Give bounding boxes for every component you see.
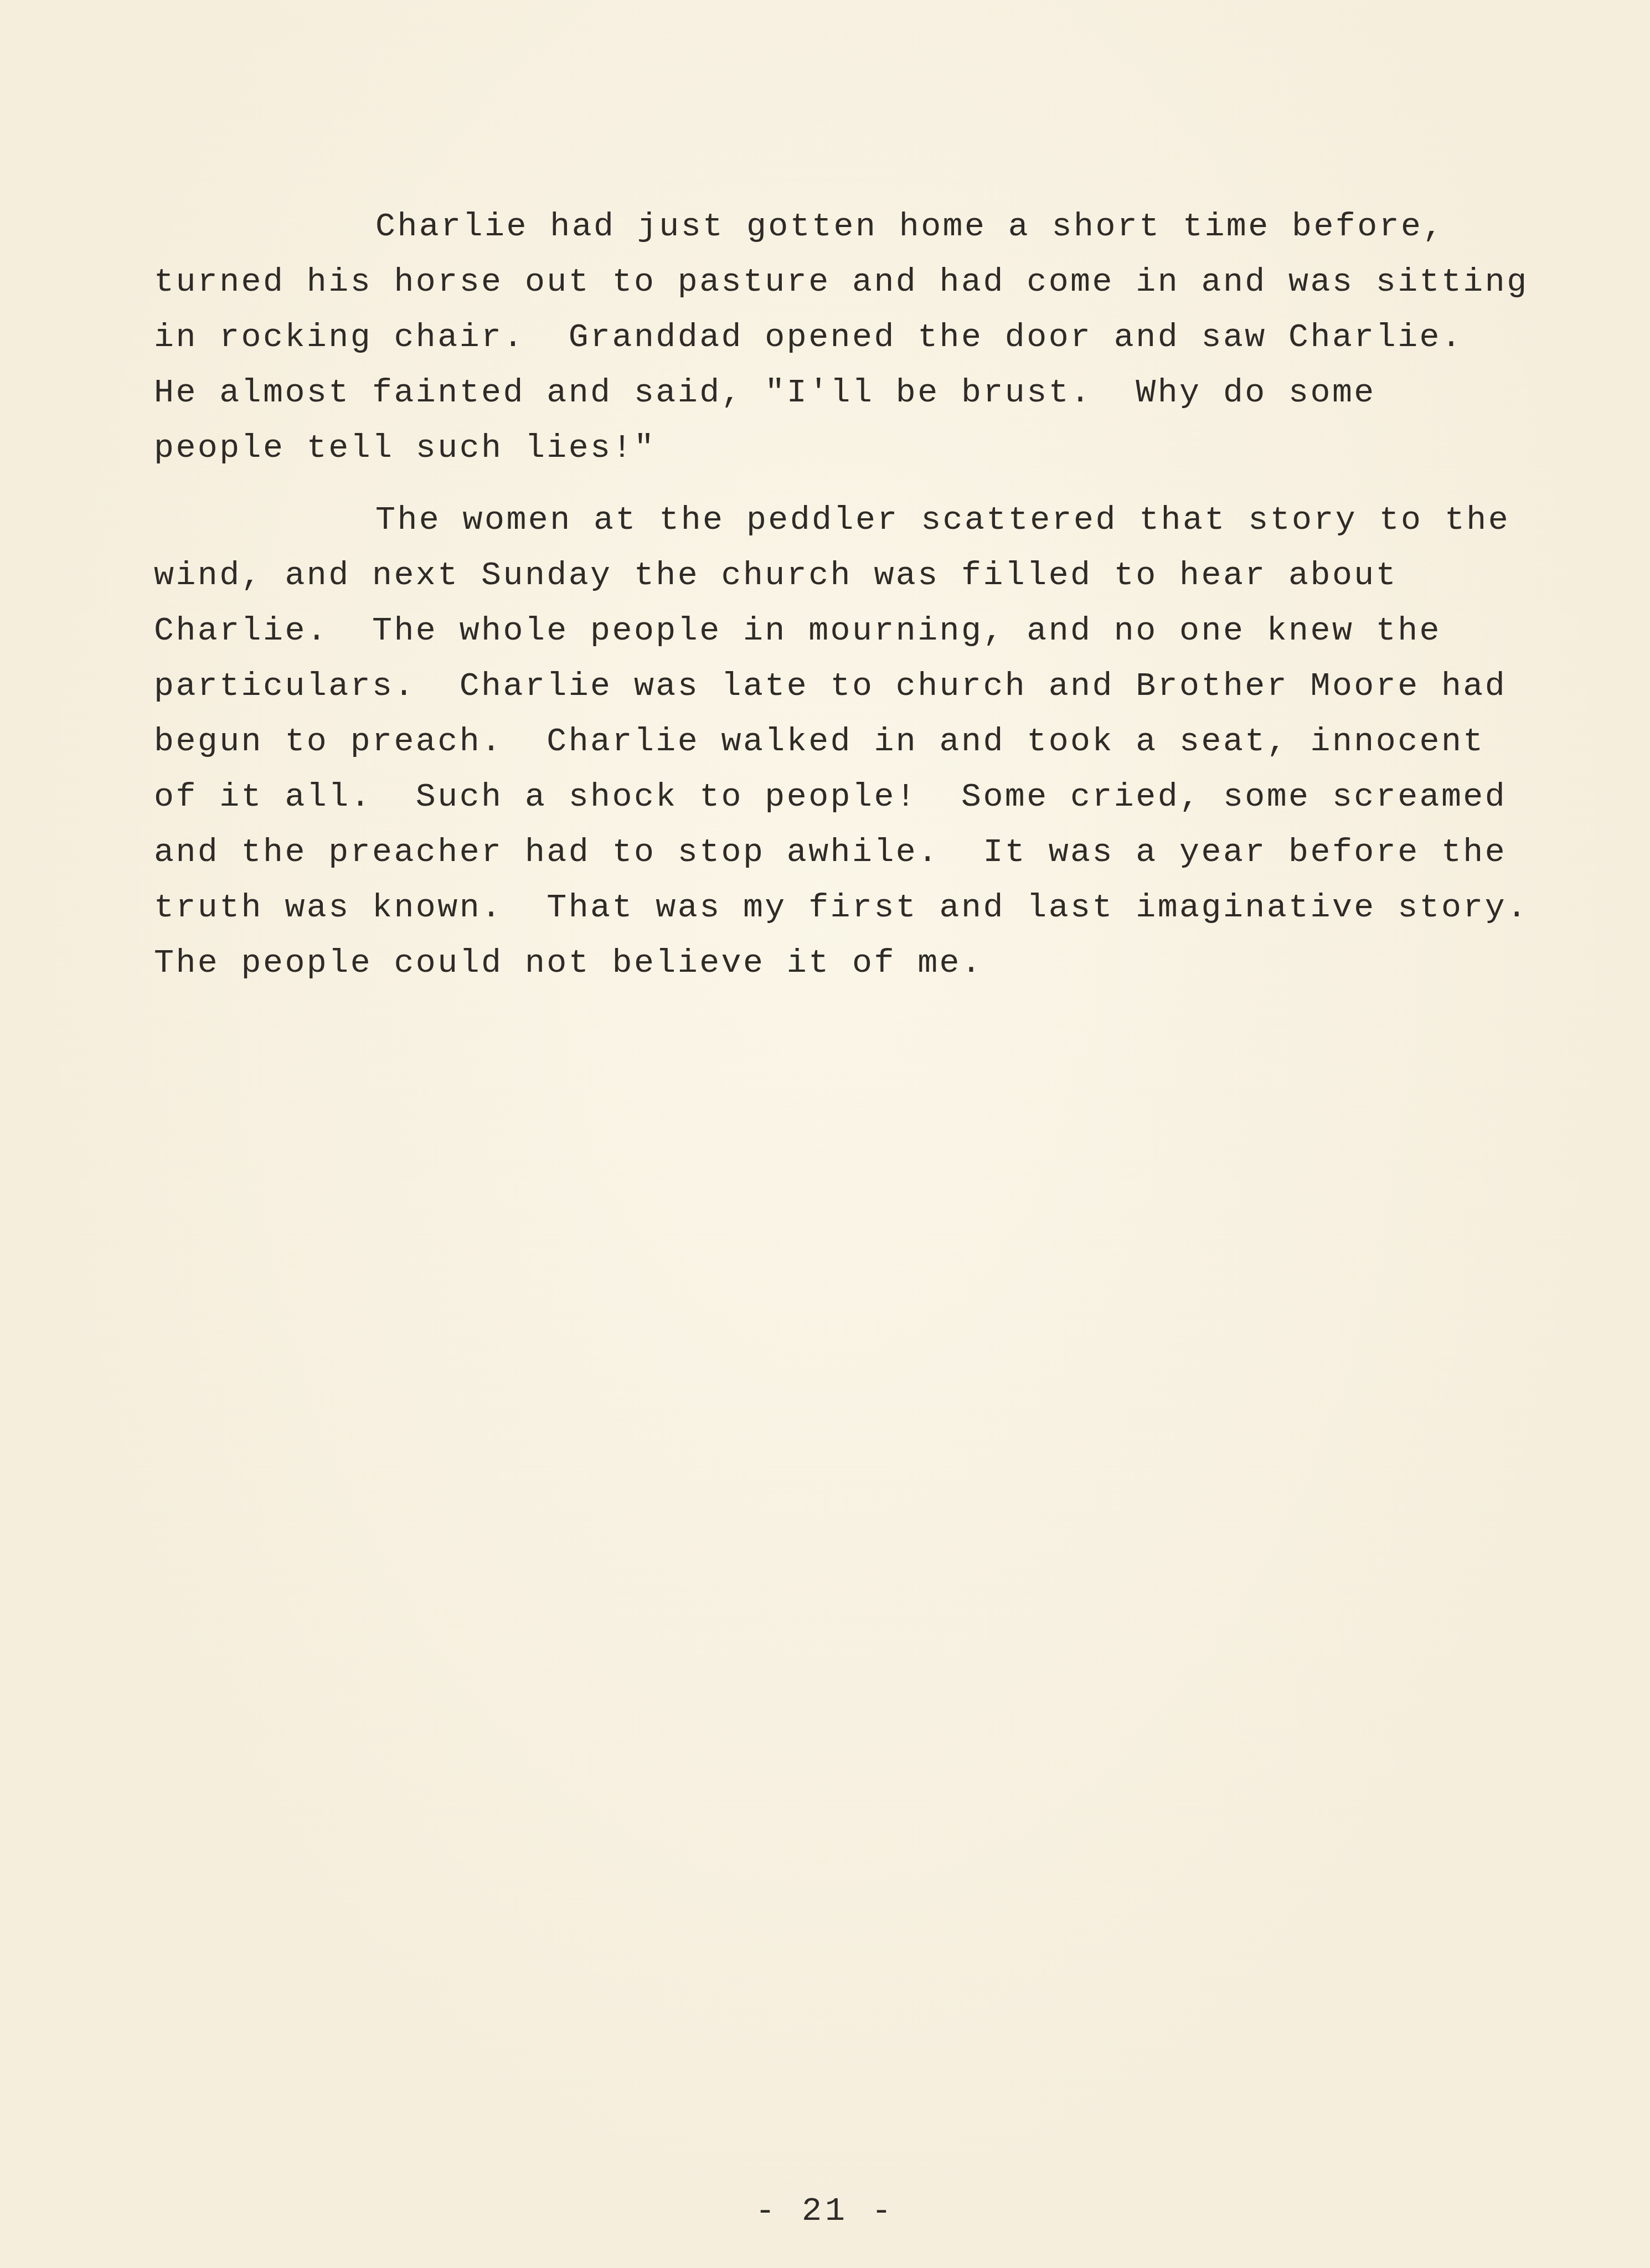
- text-line: The women at the peddler scattered that …: [154, 493, 1538, 548]
- text-line: The people could not believe it of me.: [154, 936, 1538, 991]
- paragraph-1: Charlie had just gotten home a short tim…: [154, 199, 1538, 476]
- text-line: Charlie had just gotten home a short tim…: [154, 199, 1538, 255]
- document-page: Charlie had just gotten home a short tim…: [0, 0, 1650, 2268]
- text-line: people tell such lies!": [154, 421, 1538, 476]
- text-line: particulars. Charlie was late to church …: [154, 659, 1538, 714]
- text-line: of it all. Such a shock to people! Some …: [154, 770, 1538, 825]
- text-line: Charlie. The whole people in mourning, a…: [154, 604, 1538, 659]
- text-line: begun to preach. Charlie walked in and t…: [154, 714, 1538, 770]
- text-line: He almost fainted and said, "I'll be bru…: [154, 365, 1538, 421]
- page-number: - 21 -: [0, 2193, 1650, 2230]
- paragraph-2: The women at the peddler scattered that …: [154, 493, 1538, 991]
- text-line: truth was known. That was my first and l…: [154, 880, 1538, 936]
- text-line: and the preacher had to stop awhile. It …: [154, 825, 1538, 880]
- text-line: wind, and next Sunday the church was fil…: [154, 548, 1538, 604]
- text-line: turned his horse out to pasture and had …: [154, 255, 1538, 310]
- body-text: Charlie had just gotten home a short tim…: [154, 199, 1538, 991]
- text-line: in rocking chair. Granddad opened the do…: [154, 310, 1538, 365]
